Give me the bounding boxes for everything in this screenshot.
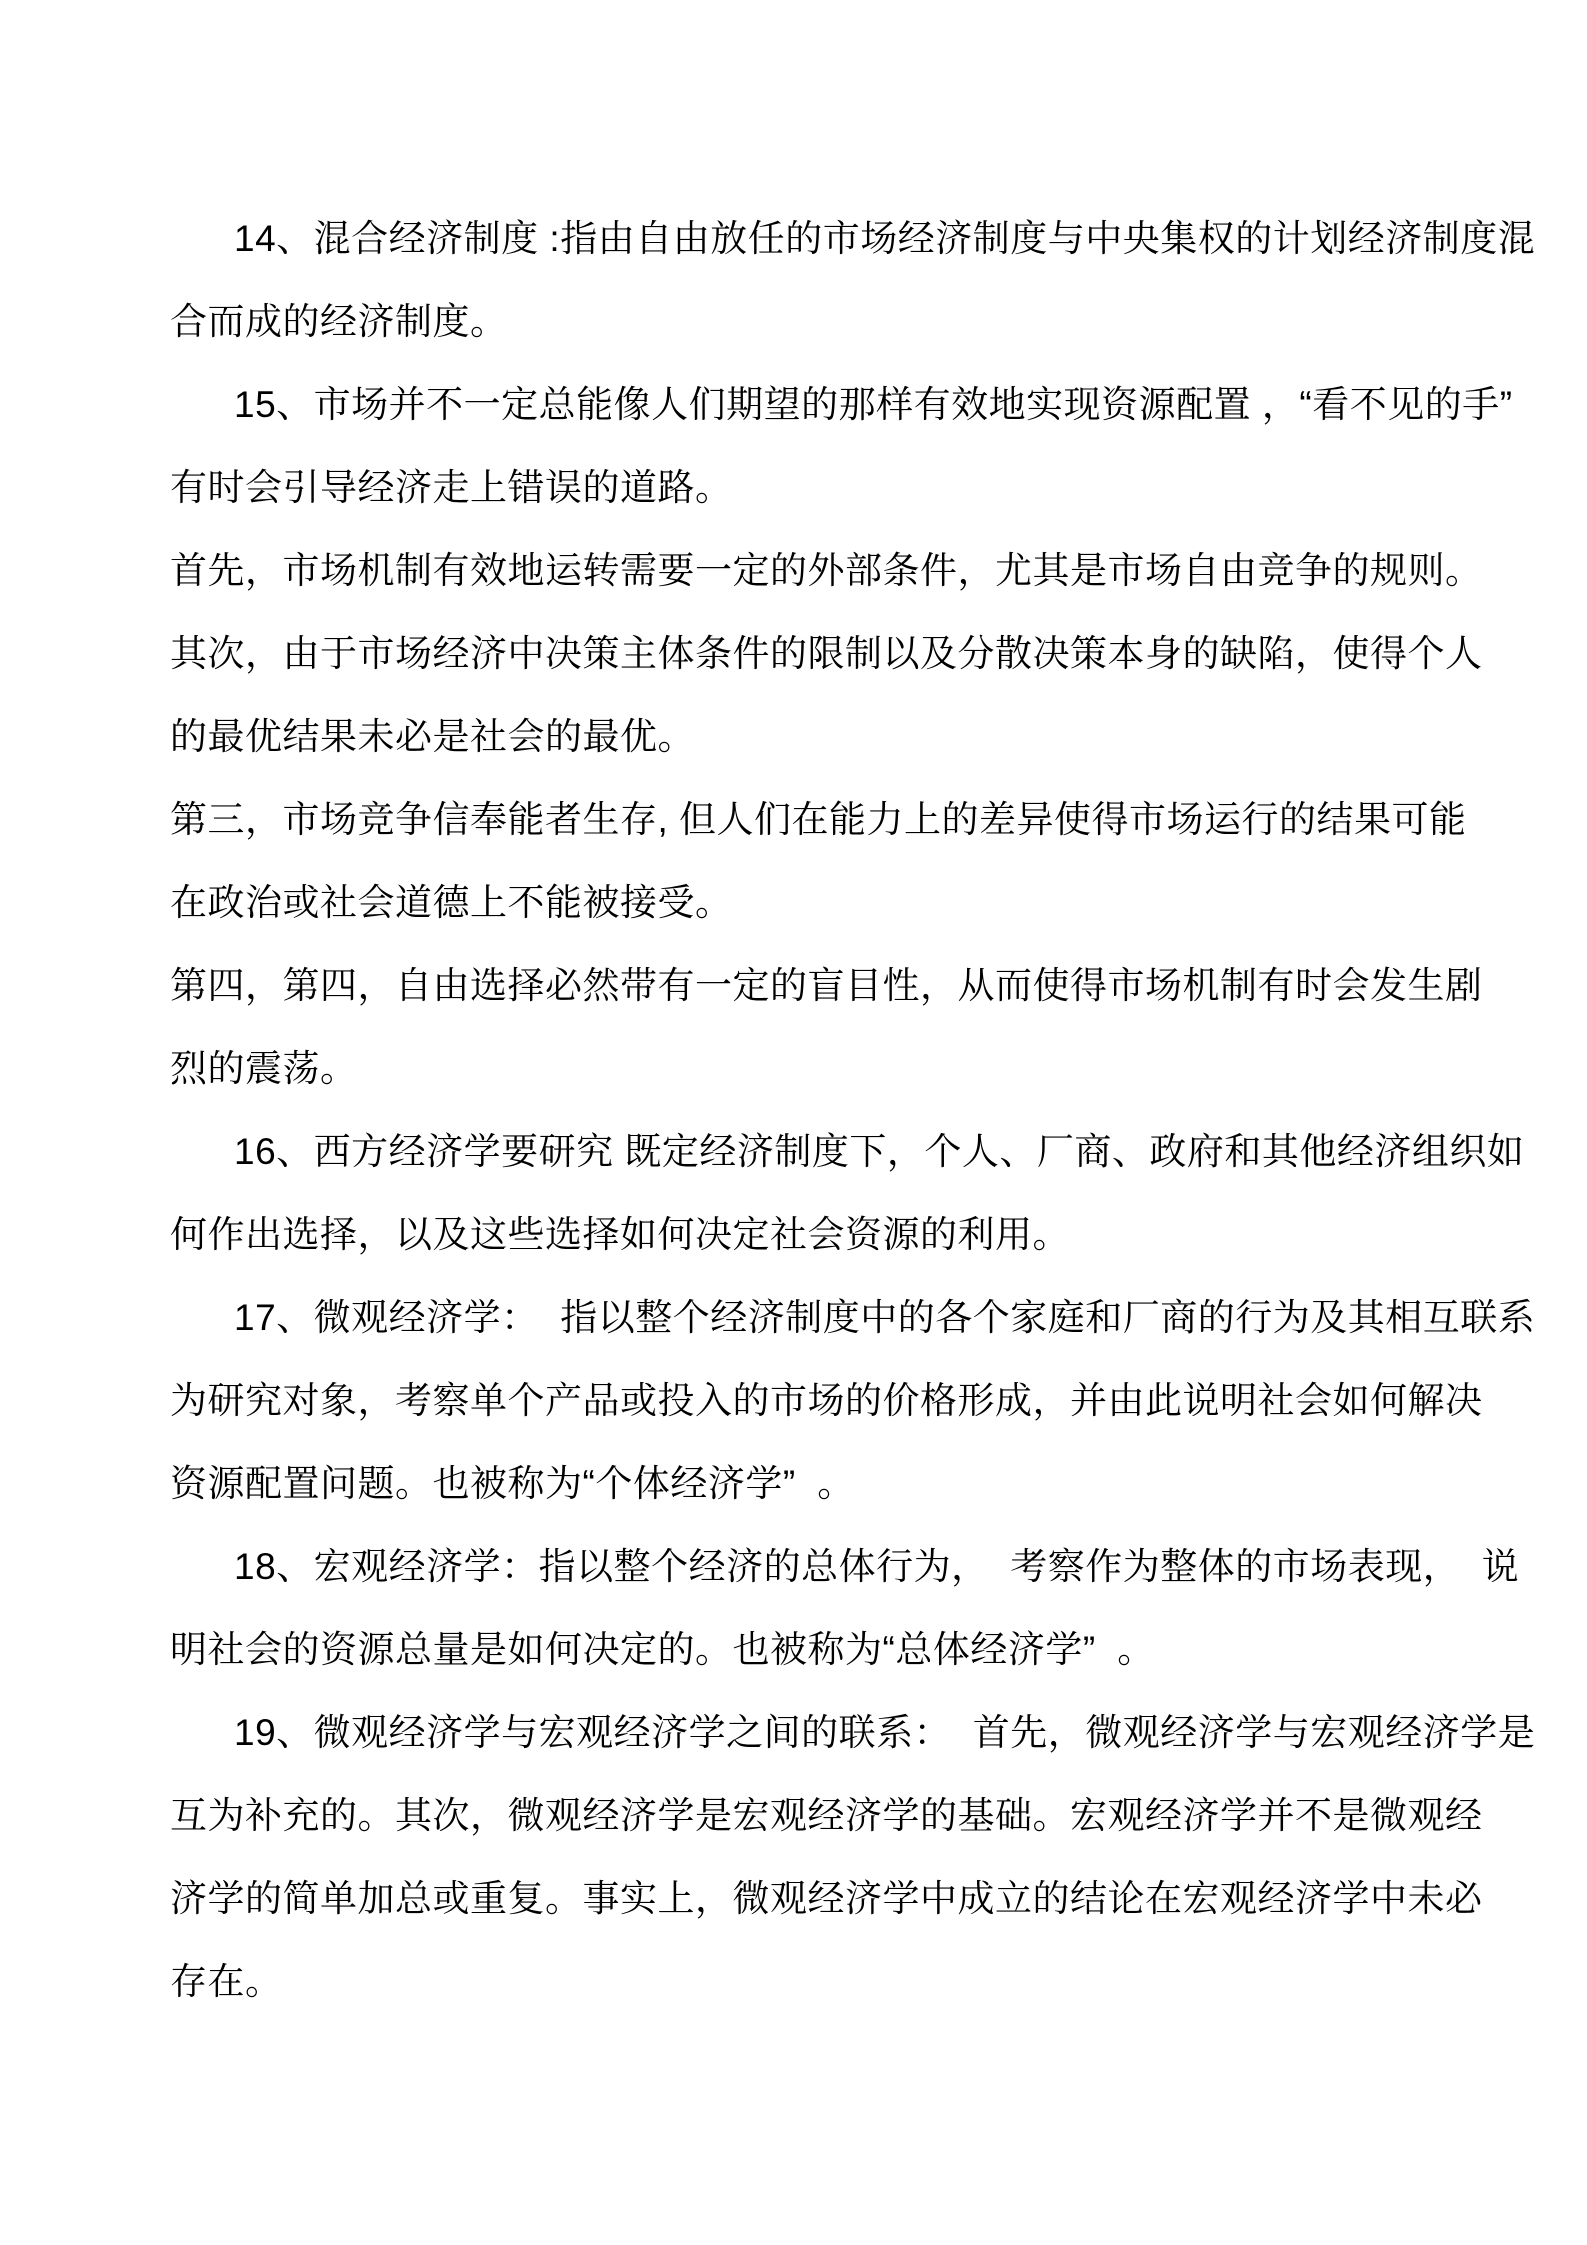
text-line: 首先，市场机制有效地运转需要一定的外部条件，尤其是市场自由竞争的规则。: [170, 529, 1440, 612]
text-line: 15、市场并不一定总能像人们期望的那样有效地实现资源配置 ，“看不见的手”: [170, 363, 1440, 446]
text-line: 为研究对象，考察单个产品或投入的市场的价格形成，并由此说明社会如何解决: [170, 1359, 1440, 1442]
text-line: 的最优结果未必是社会的最优。: [170, 695, 1440, 778]
text-line: 资源配置问题。也被称为“个体经济学” 。: [170, 1442, 1440, 1525]
text-line: 烈的震荡。: [170, 1027, 1440, 1110]
text-line: 19、微观经济学与宏观经济学之间的联系： 首先，微观经济学与宏观经济学是: [170, 1691, 1440, 1774]
text-line: 存在。: [170, 1940, 1440, 2023]
text-line: 何作出选择，以及这些选择如何决定社会资源的利用。: [170, 1193, 1440, 1276]
text-line: 14、混合经济制度 :指由自由放任的市场经济制度与中央集权的计划经济制度混: [170, 197, 1440, 280]
text-line: 明社会的资源总量是如何决定的。也被称为“总体经济学” 。: [170, 1608, 1440, 1691]
document-body: 14、混合经济制度 :指由自由放任的市场经济制度与中央集权的计划经济制度混 合而…: [170, 197, 1440, 2023]
text-line: 第四，第四，自由选择必然带有一定的盲目性，从而使得市场机制有时会发生剧: [170, 944, 1440, 1027]
text-line: 合而成的经济制度。: [170, 280, 1440, 363]
text-line: 16、西方经济学要研究 既定经济制度下，个人、厂商、政府和其他经济组织如: [170, 1110, 1440, 1193]
text-line: 17、微观经济学： 指以整个经济制度中的各个家庭和厂商的行为及其相互联系: [170, 1276, 1440, 1359]
text-line: 有时会引导经济走上错误的道路。: [170, 446, 1440, 529]
text-line: 18、宏观经济学：指以整个经济的总体行为， 考察作为整体的市场表现， 说: [170, 1525, 1440, 1608]
text-line: 第三，市场竞争信奉能者生存, 但人们在能力上的差异使得市场运行的结果可能: [170, 778, 1440, 861]
text-line: 在政治或社会道德上不能被接受。: [170, 861, 1440, 944]
text-line: 其次，由于市场经济中决策主体条件的限制以及分散决策本身的缺陷，使得个人: [170, 612, 1440, 695]
text-line: 济学的简单加总或重复。事实上，微观经济学中成立的结论在宏观经济学中未必: [170, 1857, 1440, 1940]
document-page: 14、混合经济制度 :指由自由放任的市场经济制度与中央集权的计划经济制度混 合而…: [0, 0, 1587, 2245]
text-line: 互为补充的。其次，微观经济学是宏观经济学的基础。宏观经济学并不是微观经: [170, 1774, 1440, 1857]
